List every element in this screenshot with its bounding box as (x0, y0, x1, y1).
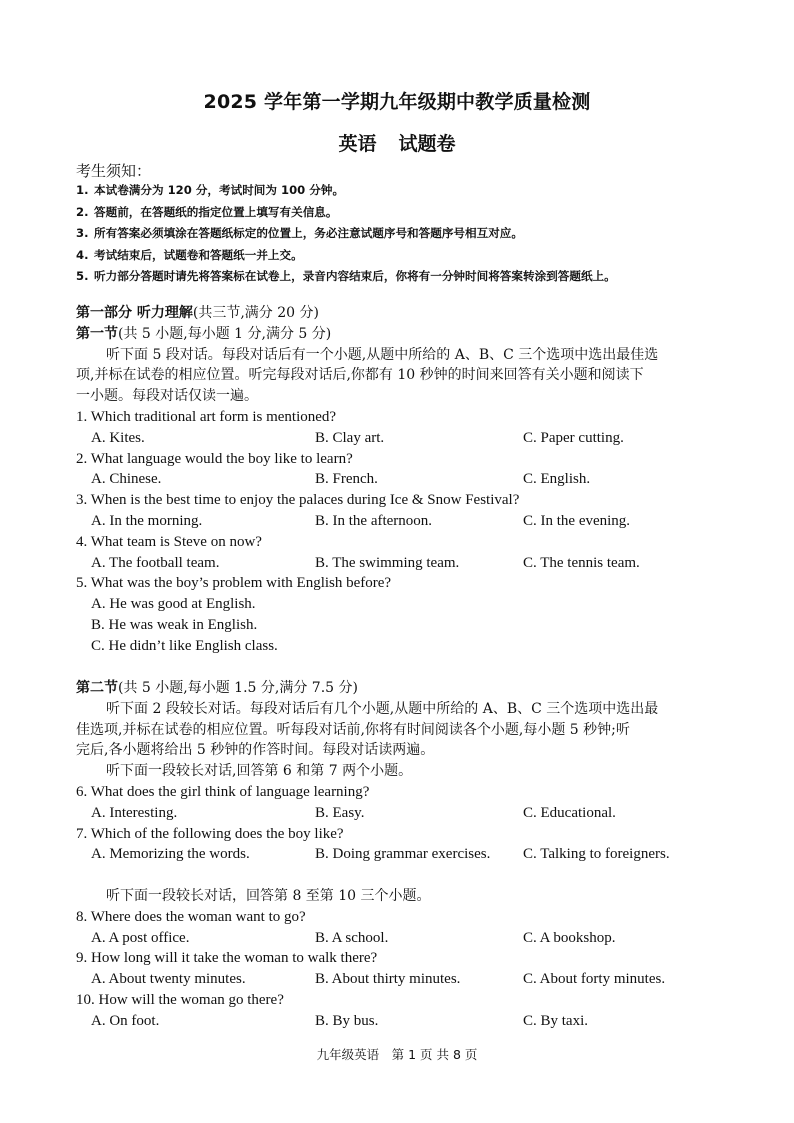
option-a: A. Chinese. (91, 469, 161, 490)
question-5: 5. What was the boy’s problem with Engli… (76, 573, 722, 656)
options-row: A. On foot. B. By bus. C. By taxi. (76, 1011, 722, 1032)
question-7: 7. Which of the following does the boy l… (76, 824, 722, 866)
notice-item: 5.听力部分答题时请先将答案标在试卷上，录音内容结束后，你将有一分钟时间将答案转… (76, 269, 616, 291)
section1-instructions: 听下面 5 段对话。每段对话后有一个小题,从题中所给的 A、B、C 三个选项中选… (76, 345, 722, 407)
option-b: B. Doing grammar exercises. (315, 844, 490, 865)
question-6: 6. What does the girl think of language … (76, 782, 722, 824)
option-c: C. Educational. (523, 803, 616, 824)
option-a: A. About twenty minutes. (91, 969, 246, 990)
question-text: 10. How will the woman go there? (76, 990, 722, 1011)
notice-text: 考试结束后，试题卷和答题纸一并上交。 (94, 248, 303, 262)
subject-label: 英语 (338, 133, 376, 155)
options-row: A. In the morning. B. In the afternoon. … (76, 511, 722, 532)
option-c: C. English. (523, 469, 590, 490)
question-9: 9. How long will it take the woman to wa… (76, 948, 722, 990)
question-4: 4. What team is Steve on now? A. The foo… (76, 532, 722, 574)
question-8: 8. Where does the woman want to go? A. A… (76, 907, 722, 949)
option-b: B. About thirty minutes. (315, 969, 460, 990)
instruction-line: 听下面 5 段对话。每段对话后有一个小题,从题中所给的 A、B、C 三个选项中选… (76, 345, 722, 366)
option-b: B. He was weak in English. (76, 615, 722, 636)
notice-item: 1.本试卷满分为 120 分，考试时间为 100 分钟。 (76, 183, 616, 205)
option-a: A. Memorizing the words. (91, 844, 250, 865)
dialog2-intro: 听下面一段较长对话，回答第 8 至第 10 三个小题。 (76, 886, 722, 907)
question-text: 6. What does the girl think of language … (76, 782, 722, 803)
option-c: C. He didn’t like English class. (76, 636, 722, 657)
notice-text: 所有答案必须填涂在答题纸标定的位置上，务必注意试题序号和答题序号相互对应。 (94, 226, 523, 240)
question-text: 2. What language would the boy like to l… (76, 449, 722, 470)
option-a: A. A post office. (91, 928, 189, 949)
part1-section1: 第一部分 听力理解(共三节,满分 20 分) 第一节(共 5 小题,每小题 1 … (76, 303, 722, 657)
option-c: C. A bookshop. (523, 928, 616, 949)
instruction-line: 听下面 2 段较长对话。每段对话后有几个小题,从题中所给的 A、B、C 三个选项… (76, 699, 722, 720)
part1-title: 第一部分 听力理解 (76, 305, 193, 321)
question-2: 2. What language would the boy like to l… (76, 449, 722, 491)
page-footer: 九年级英语 第 1 页 共 8 页 (0, 1045, 794, 1063)
option-c: C. In the evening. (523, 511, 630, 532)
section1-score: (共 5 小题,每小题 1 分,满分 5 分) (118, 326, 331, 342)
part1-heading: 第一部分 听力理解(共三节,满分 20 分) (76, 303, 722, 324)
options-row: A. Memorizing the words. B. Doing gramma… (76, 844, 722, 865)
option-a: A. Kites. (91, 428, 145, 449)
options-row: A. Kites. B. Clay art. C. Paper cutting. (76, 428, 722, 449)
notice-item: 4.考试结束后，试题卷和答题纸一并上交。 (76, 248, 616, 270)
notice-list: 1.本试卷满分为 120 分，考试时间为 100 分钟。 2.答题前，在答题纸的… (76, 183, 616, 291)
paper-type-label: 试题卷 (399, 133, 456, 155)
option-b: B. By bus. (315, 1011, 378, 1032)
question-text: 4. What team is Steve on now? (76, 532, 722, 553)
section2-score: (共 5 小题,每小题 1.5 分,满分 7.5 分) (118, 680, 358, 696)
option-a: A. Interesting. (91, 803, 177, 824)
option-a: A. The football team. (91, 553, 219, 574)
notice-heading: 考生须知： (76, 160, 151, 181)
question-1: 1. Which traditional art form is mention… (76, 407, 722, 449)
question-text: 3. When is the best time to enjoy the pa… (76, 490, 722, 511)
exam-title: 2025 学年第一学期九年级期中教学质量检测 (0, 87, 794, 114)
notice-item: 2.答题前，在答题纸的指定位置上填写有关信息。 (76, 205, 616, 227)
option-b: B. Easy. (315, 803, 364, 824)
instruction-line: 完后,各小题将给出 5 秒钟的作答时间。每段对话读两遍。 (76, 740, 722, 761)
options-row: A. The football team. B. The swimming te… (76, 553, 722, 574)
instruction-line: 佳选项,并标在试卷的相应位置。听每段对话前,你将有时间阅读各个小题,每小题 5 … (76, 720, 722, 741)
option-c: C. Talking to foreigners. (523, 844, 670, 865)
instruction-line: 一小题。每段对话仅读一遍。 (76, 386, 722, 407)
option-c: C. About forty minutes. (523, 969, 665, 990)
section2-instructions: 听下面 2 段较长对话。每段对话后有几个小题,从题中所给的 A、B、C 三个选项… (76, 699, 722, 782)
section2-title: 第二节 (76, 680, 118, 696)
option-a: A. He was good at English. (76, 594, 722, 615)
question-text: 9. How long will it take the woman to wa… (76, 948, 722, 969)
section2-heading: 第二节(共 5 小题,每小题 1.5 分,满分 7.5 分) (76, 678, 722, 699)
option-c: C. Paper cutting. (523, 428, 624, 449)
exam-subtitle: 英语试题卷 (0, 129, 794, 156)
notice-num: 4. (76, 248, 94, 262)
notice-text: 答题前，在答题纸的指定位置上填写有关信息。 (94, 205, 337, 219)
notice-num: 2. (76, 205, 94, 219)
question-text: 1. Which traditional art form is mention… (76, 407, 722, 428)
part1-section2: 第二节(共 5 小题,每小题 1.5 分,满分 7.5 分) 听下面 2 段较长… (76, 678, 722, 1032)
instruction-line: 项,并标在试卷的相应位置。听完每段对话后,你都有 10 秒钟的时间来回答有关小题… (76, 365, 722, 386)
notice-num: 3. (76, 226, 94, 240)
options-row: A. Interesting. B. Easy. C. Educational. (76, 803, 722, 824)
exam-page: 2025 学年第一学期九年级期中教学质量检测 英语试题卷 考生须知： 1.本试卷… (0, 0, 794, 1123)
notice-text: 本试卷满分为 120 分，考试时间为 100 分钟。 (94, 183, 344, 197)
option-b: B. Clay art. (315, 428, 384, 449)
options-row: A. A post office. B. A school. C. A book… (76, 928, 722, 949)
option-b: B. A school. (315, 928, 388, 949)
options-row: A. Chinese. B. French. C. English. (76, 469, 722, 490)
option-b: B. In the afternoon. (315, 511, 432, 532)
notice-text: 听力部分答题时请先将答案标在试卷上，录音内容结束后，你将有一分钟时间将答案转涂到… (94, 269, 616, 283)
option-a: A. On foot. (91, 1011, 159, 1032)
question-text: 8. Where does the woman want to go? (76, 907, 722, 928)
section1-heading: 第一节(共 5 小题,每小题 1 分,满分 5 分) (76, 324, 722, 345)
option-a: A. In the morning. (91, 511, 202, 532)
option-c: C. By taxi. (523, 1011, 588, 1032)
option-c: C. The tennis team. (523, 553, 640, 574)
options-row: A. About twenty minutes. B. About thirty… (76, 969, 722, 990)
section1-title: 第一节 (76, 326, 118, 342)
dialog1-intro: 听下面一段较长对话,回答第 6 和第 7 两个小题。 (76, 761, 722, 782)
dialog2-intro-wrap: 听下面一段较长对话，回答第 8 至第 10 三个小题。 (76, 886, 722, 907)
question-10: 10. How will the woman go there? A. On f… (76, 990, 722, 1032)
part1-score: (共三节,满分 20 分) (193, 305, 319, 321)
option-b: B. The swimming team. (315, 553, 459, 574)
question-3: 3. When is the best time to enjoy the pa… (76, 490, 722, 532)
notice-item: 3.所有答案必须填涂在答题纸标定的位置上，务必注意试题序号和答题序号相互对应。 (76, 226, 616, 248)
option-b: B. French. (315, 469, 378, 490)
notice-num: 5. (76, 269, 94, 283)
notice-num: 1. (76, 183, 94, 197)
question-text: 5. What was the boy’s problem with Engli… (76, 573, 722, 594)
question-text: 7. Which of the following does the boy l… (76, 824, 722, 845)
